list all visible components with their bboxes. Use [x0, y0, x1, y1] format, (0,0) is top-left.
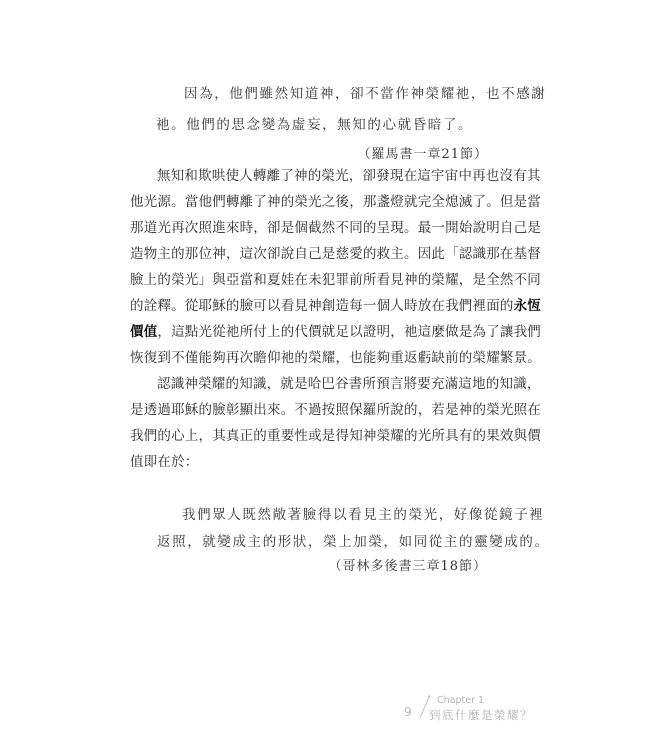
paragraph-1-line: 價值，這點光從祂所付上的代價就足以證明，祂這麼做是為了讓我們	[130, 319, 524, 345]
quote2-line-2: 返照，就變成主的形狀，榮上加榮，如同從主的靈變成的。	[157, 530, 550, 550]
quote1-line-2: 祂。他們的思念變為虛妄，無知的心就昏暗了。	[156, 113, 473, 133]
paragraph-1-line: 無知和欺哄使人轉離了神的榮光，卻發現在這宇宙中再也沒有其	[130, 163, 524, 189]
quote2-line-1: 我們眾人既然敞著臉得以看見主的榮光，好像從鏡子裡	[182, 503, 544, 523]
paragraph-1-line: 造物主的那位神，這次卻說自己是慈愛的救主。因此「認識那在基督	[130, 241, 524, 267]
paragraph-1-line: 他光源。當他們轉離了神的榮光之後，那盞燈就完全熄滅了。但是當	[130, 189, 524, 215]
emphasis-eternal: 永恆	[514, 298, 541, 314]
paragraph-2: 認識神榮耀的知識，就是哈巴谷書所預言將要充滿這地的知識， 是透過耶穌的臉彰顯出來…	[130, 371, 524, 475]
paragraph-1-line: 那道光再次照進來時，卻是個截然不同的呈現。最一開始說明自己是	[130, 215, 524, 241]
paragraph-2-line: 認識神榮耀的知識，就是哈巴谷書所預言將要充滿這地的知識，	[130, 371, 524, 397]
emphasis-value: 價值	[130, 324, 157, 340]
chapter-label: Chapter 1	[437, 695, 484, 706]
paragraph-2-line: 我們的心上，其真正的重要性或是得知神榮耀的光所具有的果效與價	[130, 423, 524, 449]
paragraph-1-line: 的詮釋。從耶穌的臉可以看見神創造每一個人時放在我們裡面的永恆	[130, 293, 524, 319]
paragraph-1-line: 恢復到不僅能夠再次瞻仰祂的榮耀，也能夠重返虧缺前的榮耀繁景。	[130, 345, 524, 371]
paragraph-1: 無知和欺哄使人轉離了神的榮光，卻發現在這宇宙中再也沒有其 他光源。當他們轉離了神…	[130, 163, 524, 371]
paragraph-1-line: 臉上的榮光」與亞當和夏娃在未犯罪前所看見神的榮耀，是全然不同	[130, 267, 524, 293]
page-number: 9	[404, 705, 412, 719]
paragraph-1-text: 的詮釋。從耶穌的臉可以看見神創造每一個人時放在我們裡面的	[130, 298, 514, 314]
paragraph-2-line: 值即在於：	[130, 449, 524, 475]
paragraph-2-line: 是透過耶穌的臉彰顯出來。不過按照保羅所說的，若是神的榮光照在	[130, 397, 524, 423]
quote1-citation: （羅馬書一章21節）	[357, 143, 488, 162]
quote2-citation: （哥林多後書三章18節）	[328, 555, 487, 574]
paragraph-1-text: ，這點光從祂所付上的代價就足以證明，祂這麼做是為了讓我們	[157, 324, 541, 340]
quote1-line-1: 因為，他們雖然知道神，卻不當作神榮耀祂，也不感謝	[184, 82, 546, 102]
chapter-title: 到底什麼是榮耀？	[429, 707, 533, 723]
